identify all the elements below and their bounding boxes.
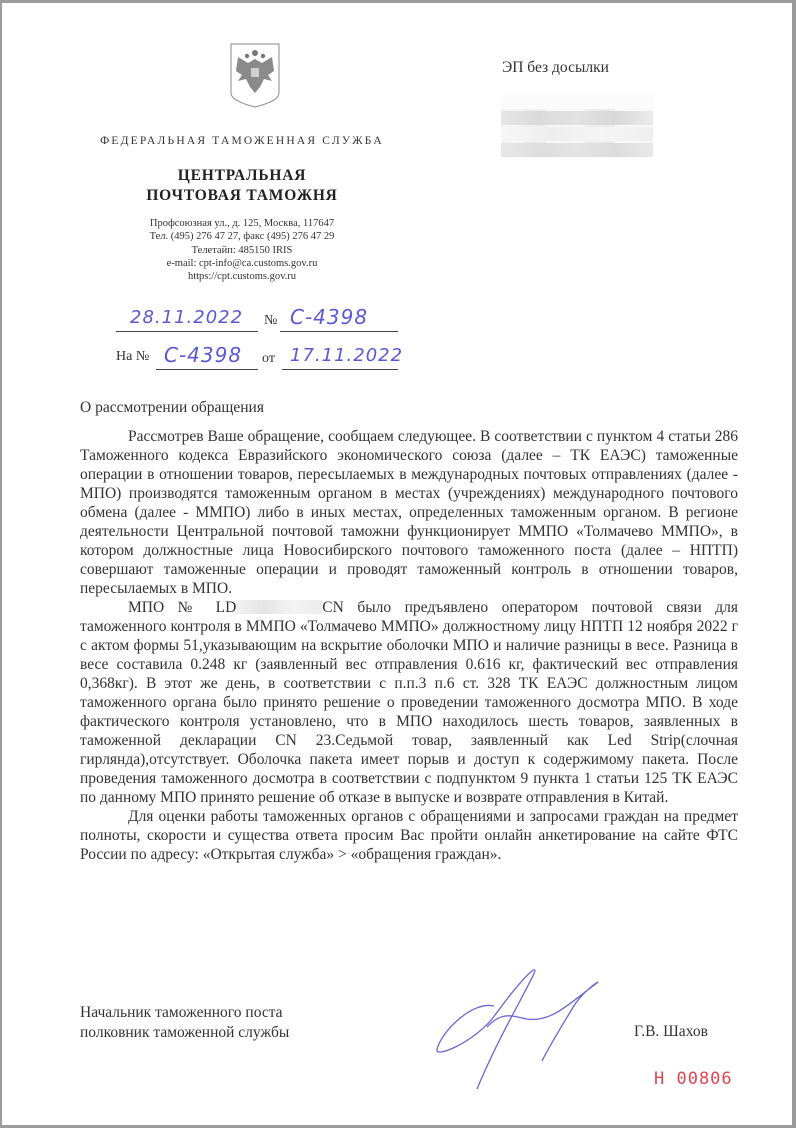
address: Профсоюзная ул., д. 125, Москва, 117647 — [62, 217, 422, 230]
parcel-suffix: CN — [322, 599, 344, 616]
letter-page: ФЕДЕРАЛЬНАЯ ТАМОЖЕННАЯ СЛУЖБА ЦЕНТРАЛЬНА… — [2, 3, 792, 1125]
signatory-title-line2: полковник таможенной службы — [80, 1023, 289, 1043]
redacted-tracking-number — [236, 600, 322, 614]
serial-number: Н 00806 — [654, 1069, 733, 1089]
teletype: Телетайп: 485150 IRIS — [62, 244, 422, 257]
phone: Тел. (495) 276 47 27, факс (495) 276 47 … — [62, 230, 422, 243]
office-name-line2: ПОЧТОВАЯ ТАМОЖНЯ — [62, 186, 422, 206]
signatory-title-line1: Начальник таможенного поста — [80, 1003, 289, 1023]
registration-number: С-4398 — [290, 305, 368, 329]
paragraph-1: Рассмотрев Ваше обращение, сообщаем след… — [80, 427, 738, 598]
reply-date: 17.11.2022 — [290, 345, 403, 366]
reply-date-line — [282, 368, 398, 370]
handwritten-signature-icon — [432, 961, 602, 1091]
delivery-note: ЭП без досылки — [502, 59, 609, 77]
agency-name: ФЕДЕРАЛЬНАЯ ТАМОЖЕННАЯ СЛУЖБА — [62, 135, 422, 147]
subject: О рассмотрении обращения — [80, 399, 264, 417]
reply-number: С-4398 — [164, 343, 242, 367]
from-label: от — [262, 351, 275, 367]
letter-body: Рассмотрев Ваше обращение, сообщаем след… — [80, 427, 738, 864]
signatory-title: Начальник таможенного поста полковник та… — [80, 1003, 289, 1043]
office-name-line1: ЦЕНТРАЛЬНАЯ — [62, 166, 422, 186]
parcel-prefix: МПО № LD — [128, 599, 236, 616]
email: e-mail: cpt-info@ca.customs.gov.ru — [62, 257, 422, 270]
signatory-name: Г.В. Шахов — [634, 1023, 708, 1041]
paragraph-3: Для оценки работы таможенных органов с о… — [80, 807, 738, 864]
reply-number-line — [156, 368, 258, 370]
reply-label: На № — [116, 349, 149, 365]
contact-block: Профсоюзная ул., д. 125, Москва, 117647 … — [62, 217, 422, 283]
website: https://cpt.customs.gov.ru — [62, 270, 422, 283]
date-line — [116, 330, 258, 332]
paragraph-2-text: было предъявлено оператором почтовой свя… — [80, 599, 738, 806]
number-line — [280, 330, 398, 332]
number-label: № — [264, 313, 277, 329]
coat-of-arms-icon — [228, 41, 282, 109]
registration-date: 28.11.2022 — [130, 307, 243, 328]
paragraph-2: МПО № LDCN было предъявлено оператором п… — [80, 598, 738, 807]
office-name: ЦЕНТРАЛЬНАЯ ПОЧТОВАЯ ТАМОЖНЯ — [62, 166, 422, 206]
redacted-recipient — [501, 95, 653, 157]
